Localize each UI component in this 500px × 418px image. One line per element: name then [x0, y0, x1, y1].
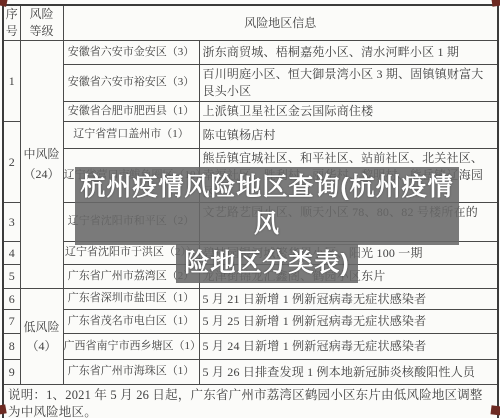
corner-mark-bottom-right	[490, 405, 500, 415]
detail-cell: 浙东商贸城、梧桐嘉苑小区、清水河畔小区 1 期	[199, 41, 498, 65]
detail-cell: 5 月 25 日新增 1 例新冠病毒无症状感染者	[199, 310, 498, 334]
table-row: 安徽省合肥市肥西县（1） 上派镇卫星社区金云国际商住楼	[3, 102, 498, 122]
region-cell: 广东省广州市海珠区（1）	[63, 360, 199, 385]
watermark-title-line2: 险地区分类表)	[176, 244, 357, 283]
corner-mark-top-right	[492, 0, 500, 7]
watermark-title-line1: 杭州疫情风险地区查询(杭州疫情风	[75, 167, 459, 245]
table-row: 7 广东省茂名市电白区（1） 5 月 25 日新增 1 例新冠病毒无症状感染者	[3, 310, 498, 334]
row-number-cell: 5	[3, 265, 20, 289]
row-number-cell: 6	[3, 289, 20, 310]
row-number-cell: 4	[3, 242, 20, 265]
detail-cell: 5 月 24 日新增 1 例新冠病毒无症状感染者	[199, 334, 498, 360]
table-row: 安徽省六安市裕安区（3） 百川明庭小区、恒大御景湾小区 3 期、固镇镇财富大艮头…	[3, 65, 498, 102]
table-row: 1 中风险（24） 安徽省六安市金安区（3） 浙东商贸城、梧桐嘉苑小区、清水河畔…	[3, 41, 498, 65]
region-cell: 广东省深圳市盐田区（1）	[63, 289, 199, 310]
detail-cell: 上派镇卫星社区金云国际商住楼	[199, 102, 498, 122]
table-note-row: 说明：1、2021 年 5 月 26 日起，广东省广州市荔湾区鹤园小区东片由低风…	[3, 385, 498, 418]
detail-cell: 陈屯镇杨店村	[199, 122, 498, 149]
region-cell: 安徽省合肥市肥西县（1）	[63, 102, 199, 122]
note-cell: 说明：1、2021 年 5 月 26 日起，广东省广州市荔湾区鹤园小区东片由低风…	[3, 385, 498, 418]
row-number-cell: 2	[3, 122, 20, 203]
table-row: 6 低风险（4） 广东省深圳市盐田区（1） 5 月 21 日新增 1 例新冠病毒…	[3, 289, 498, 310]
risk-level-low-cell: 低风险（4）	[20, 289, 63, 385]
row-number-cell: 9	[3, 360, 20, 385]
row-number-cell: 7	[3, 310, 20, 334]
table-row: 8 广西省南宁市西乡塘区（1） 5 月 24 日新增 1 例新冠病毒无症状感染者	[3, 334, 498, 360]
region-cell: 安徽省六安市金安区（3）	[63, 41, 199, 65]
table-row: 9 广东省广州市海珠区（1） 5 月 26 日排查发现 1 例本地新冠肺炎核酸阳…	[3, 360, 498, 385]
header-risk-info-cell: 风险地区信息	[63, 5, 498, 41]
risk-level-mid-cell: 中风险（24）	[20, 41, 63, 289]
scanned-article-image: 序号 风险等级 风险地区信息 1 中风险（24） 安徽省六安市金安区（3） 浙东…	[0, 0, 500, 418]
table-header-row: 序号 风险等级 风险地区信息	[3, 5, 498, 41]
detail-cell: 5 月 21 日新增 1 例新冠病毒无症状感染者	[199, 289, 498, 310]
table-row: 2 辽宁省营口盖州市（1） 陈屯镇杨店村	[3, 122, 498, 149]
watermark-title: 杭州疫情风险地区查询(杭州疫情风 险地区分类表)	[75, 167, 459, 283]
region-cell: 辽宁省营口盖州市（1）	[63, 122, 199, 149]
region-cell: 安徽省六安市裕安区（3）	[63, 65, 199, 102]
detail-cell: 5 月 26 日排查发现 1 例本地新冠肺炎核酸阳性人员	[199, 360, 498, 385]
row-number-cell: 1	[3, 41, 20, 122]
region-cell: 广东省茂名市电白区（1）	[63, 310, 199, 334]
detail-cell: 百川明庭小区、恒大御景湾小区 3 期、固镇镇财富大艮头小区	[199, 65, 498, 102]
header-index-cell: 序号	[3, 5, 20, 41]
row-number-cell: 8	[3, 334, 20, 360]
region-cell: 广西省南宁市西乡塘区（1）	[63, 334, 199, 360]
header-risk-level-cell: 风险等级	[20, 5, 63, 41]
row-number-cell: 3	[3, 203, 20, 242]
